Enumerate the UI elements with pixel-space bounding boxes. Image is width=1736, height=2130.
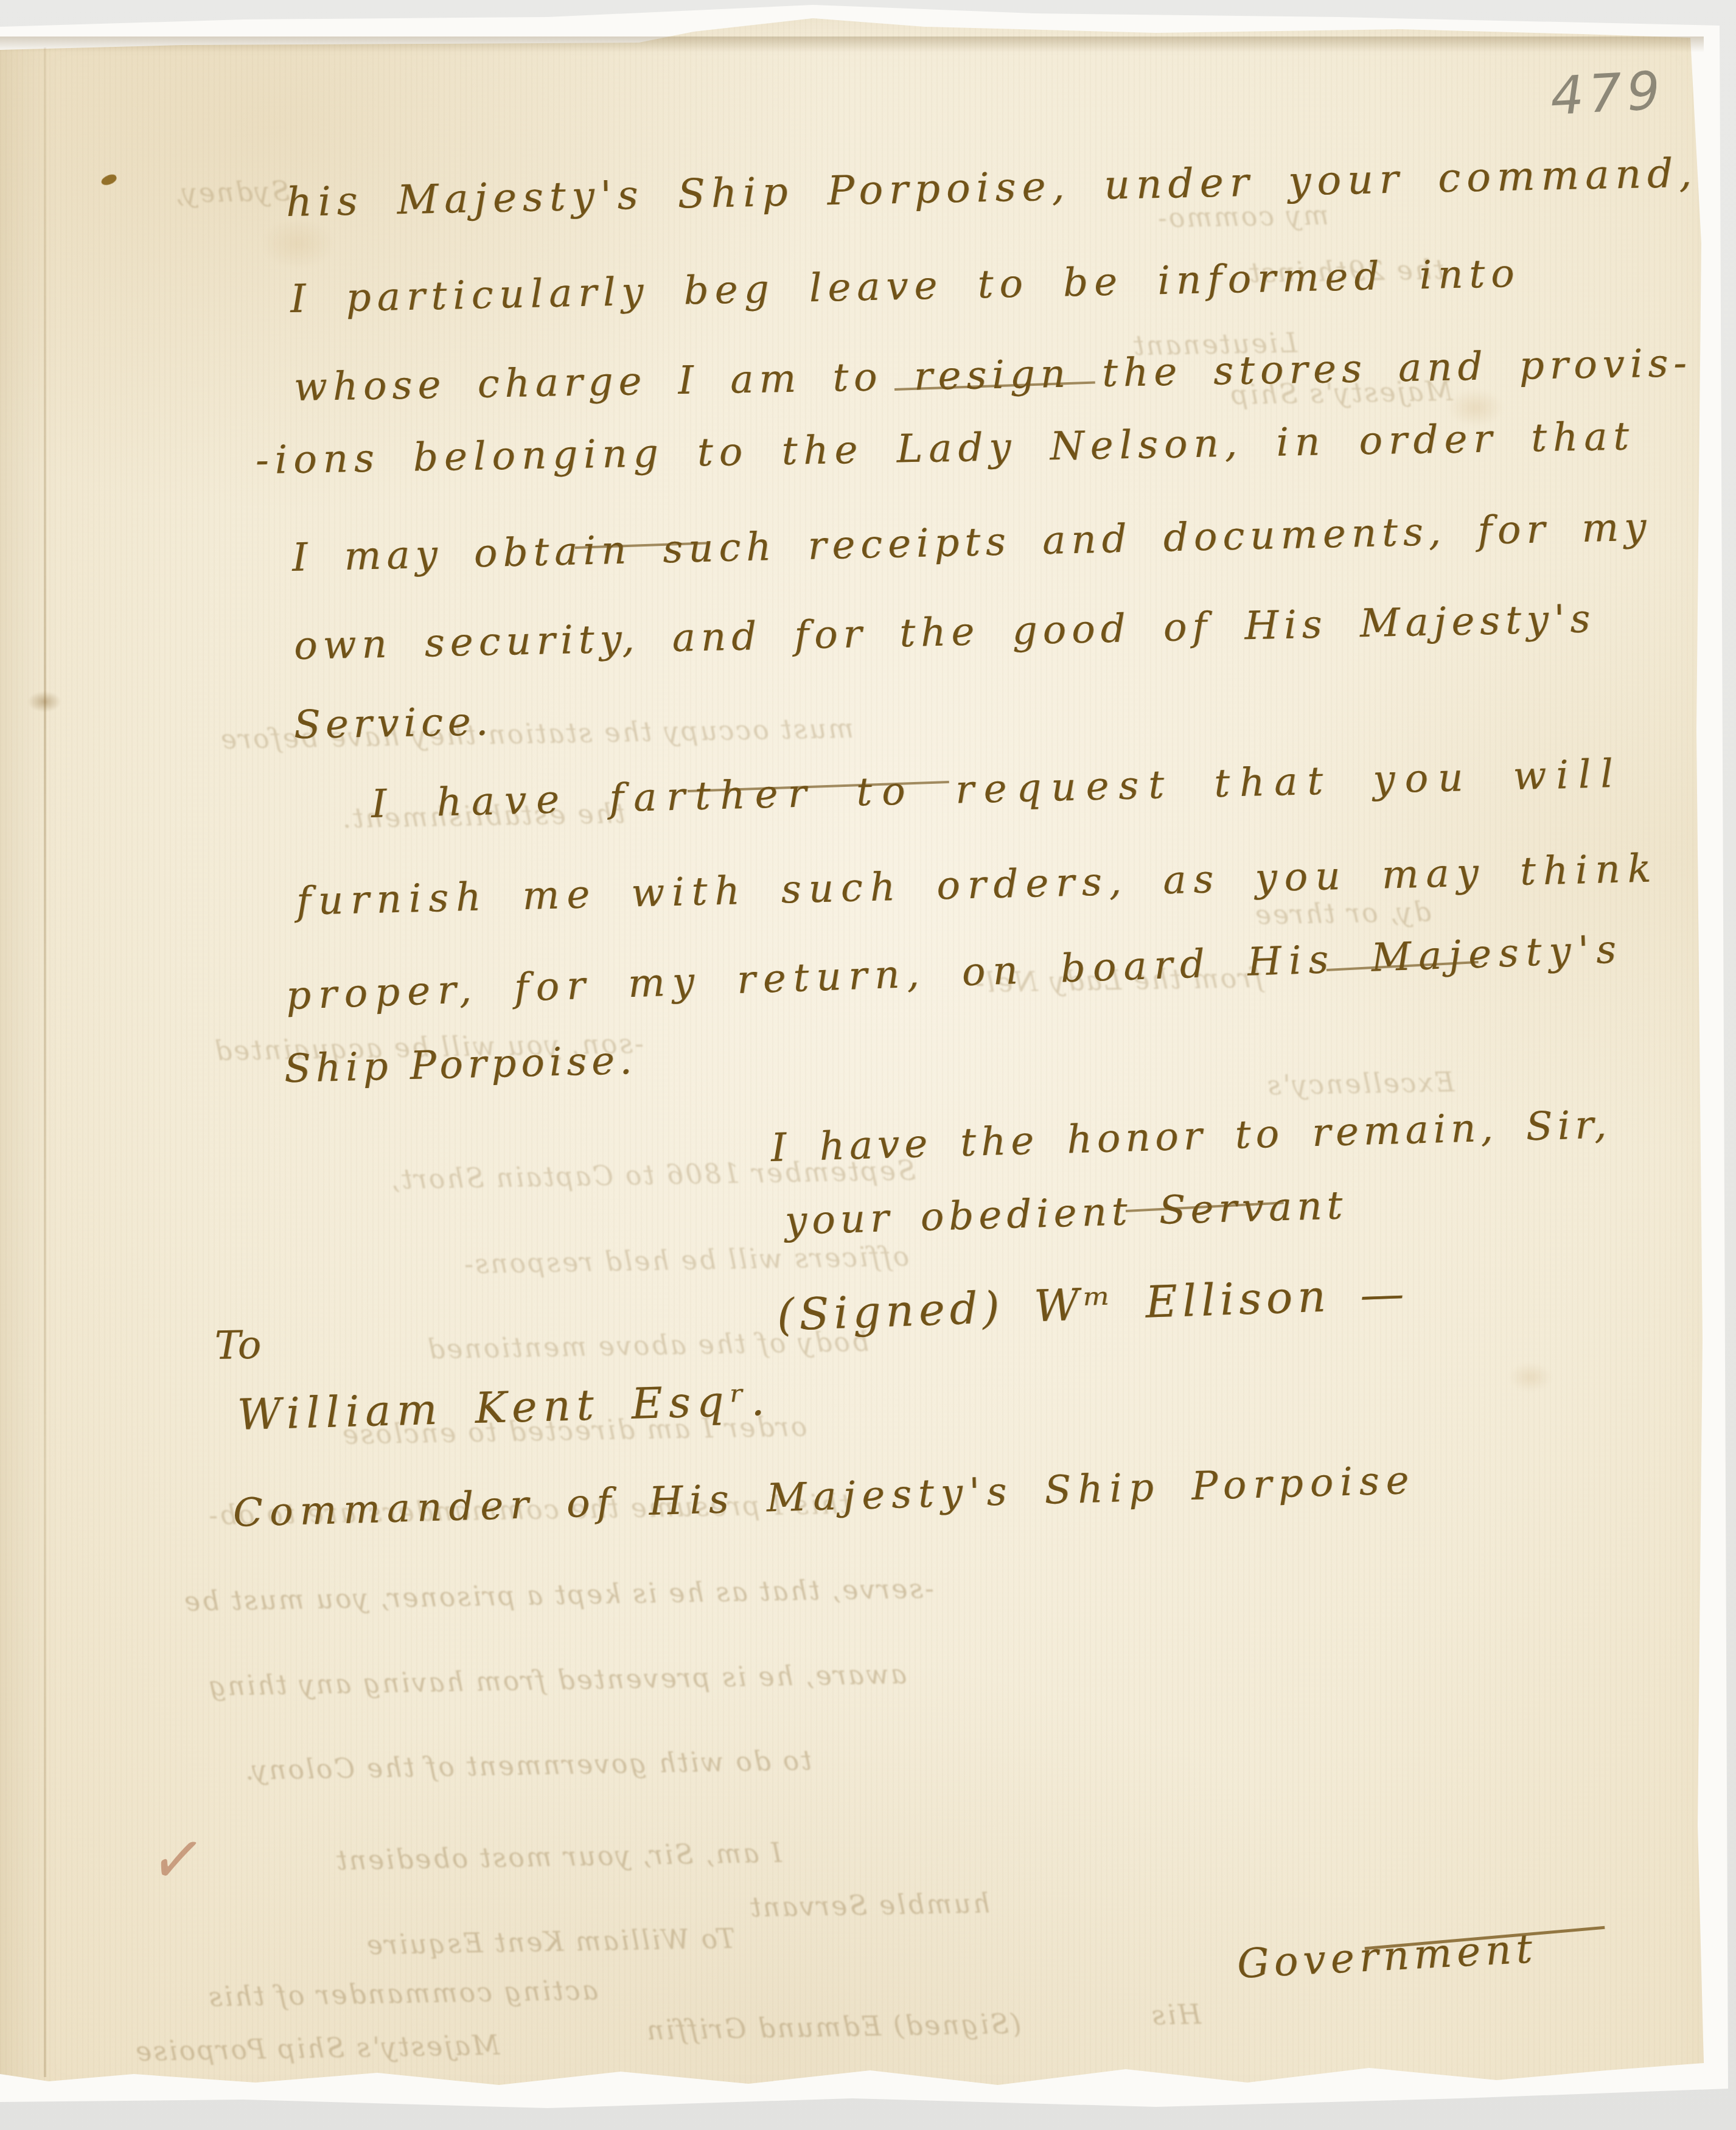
bleedthrough-line: Excellency's xyxy=(1266,1069,1455,1099)
bleedthrough-line: His xyxy=(1150,2002,1202,2029)
bleedthrough-line: Sydney, xyxy=(173,178,290,207)
bleedthrough-line: acting commander of this xyxy=(207,1977,599,2011)
bleedthrough-line: (Signed) Edmund Griffin xyxy=(645,2011,1022,2045)
crease-smudge xyxy=(28,691,61,712)
bleedthrough-line: To William Kent Esquire xyxy=(365,1926,736,1960)
address-line: To xyxy=(214,1326,261,1366)
bleedthrough-line: humble Servant xyxy=(748,1891,991,1922)
paper-top-edge-shadow xyxy=(0,37,1704,52)
bleedthrough-line: officers will be held respons- xyxy=(462,1244,910,1279)
foxing-spot xyxy=(262,219,335,268)
bleedthrough-line: Majesty's Ship Porpoise xyxy=(134,2033,500,2065)
foxing-spot xyxy=(1509,1363,1552,1391)
fold-crease xyxy=(44,47,46,2077)
letter-line: Ship Porpoise. xyxy=(284,1041,637,1089)
page-number: 479 xyxy=(1549,60,1667,127)
letter-line: Service. xyxy=(293,702,493,745)
bleedthrough-line: dy, or three xyxy=(1253,899,1432,929)
scanned-letter-page: 479 Sydney, my commo- the 29th inst Lieu… xyxy=(0,0,1736,2130)
bleedthrough-line: I am, Sir, your most obedient xyxy=(335,1840,782,1875)
